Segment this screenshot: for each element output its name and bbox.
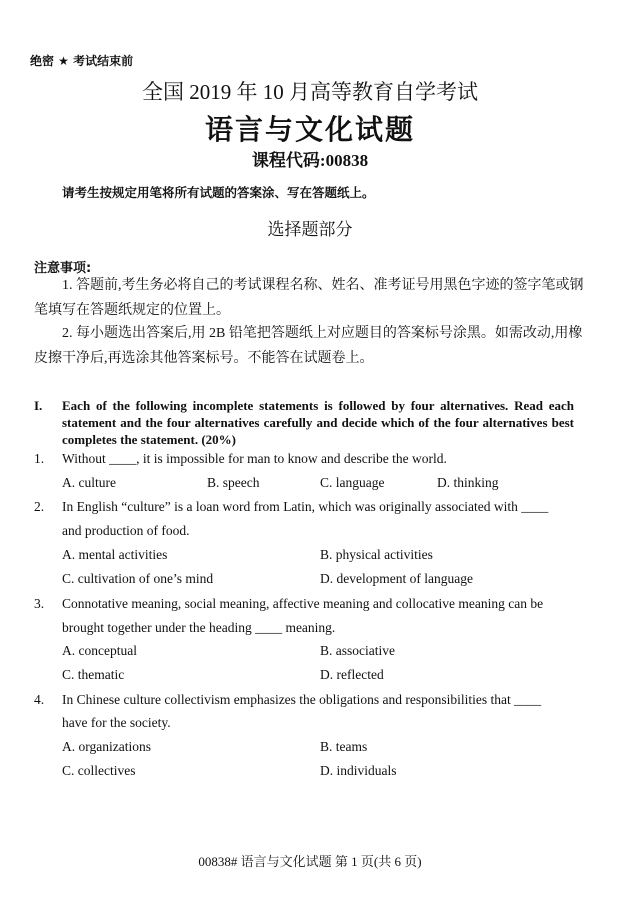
question-number: 1. <box>34 451 44 467</box>
option-b: B. teams <box>320 739 367 755</box>
option-c: C. collectives <box>62 763 135 779</box>
question-text: Without ____, it is impossible for man t… <box>62 451 447 467</box>
section-title: 选择题部分 <box>0 215 620 240</box>
part-number: I. <box>34 397 42 414</box>
option-a: A. conceptual <box>62 643 137 659</box>
subject-title: 语言与文化试题 <box>0 108 620 148</box>
option-d: D. development of language <box>320 571 473 587</box>
question-text-line-1: Connotative meaning, social meaning, aff… <box>62 596 543 612</box>
option-b: B. associative <box>320 643 395 659</box>
question-text-line-2: have for the society. <box>62 715 171 731</box>
option-a: A. organizations <box>62 739 151 755</box>
question-text-line-1: In Chinese culture collectivism emphasiz… <box>62 692 541 708</box>
note-item-2: 2. 每小题选出答案后,用 2B 铅笔把答题纸上对应题目的答案标号涂黑。如需改动… <box>34 321 590 371</box>
option-c: C. thematic <box>62 667 124 683</box>
part-directions-text: Each of the following incomplete stateme… <box>62 397 574 448</box>
question-number: 4. <box>34 692 44 708</box>
question-text-line-1: In English “culture” is a loan word from… <box>62 499 548 515</box>
answer-instruction: 请考生按规定用笔将所有试题的答案涂、写在答题纸上。 <box>62 183 375 201</box>
exam-title: 全国 2019 年 10 月高等教育自学考试 <box>0 76 620 106</box>
question-text-line-2: and production of food. <box>62 523 189 539</box>
part-directions: I. Each of the following incomplete stat… <box>34 397 574 448</box>
course-code: 课程代码:00838 <box>0 146 620 171</box>
confidential-label: 绝密 ★ 考试结束前 <box>30 52 133 69</box>
option-b: B. physical activities <box>320 547 433 563</box>
option-d: D. reflected <box>320 667 384 683</box>
question-number: 2. <box>34 499 44 515</box>
option-c: C. language <box>320 475 384 491</box>
question-text-line-2: brought together under the heading ____ … <box>62 620 335 636</box>
page-footer: 00838# 语言与文化试题 第 1 页(共 6 页) <box>0 851 620 870</box>
option-d: D. thinking <box>437 475 499 491</box>
option-d: D. individuals <box>320 763 397 779</box>
option-c: C. cultivation of one’s mind <box>62 571 213 587</box>
question-number: 3. <box>34 596 44 612</box>
option-a: A. mental activities <box>62 547 167 563</box>
note-item-1: 1. 答题前,考生务必将自己的考试课程名称、姓名、准考证号用黑色字迹的签字笔或钢… <box>34 273 590 323</box>
option-a: A. culture <box>62 475 116 491</box>
option-b: B. speech <box>207 475 259 491</box>
